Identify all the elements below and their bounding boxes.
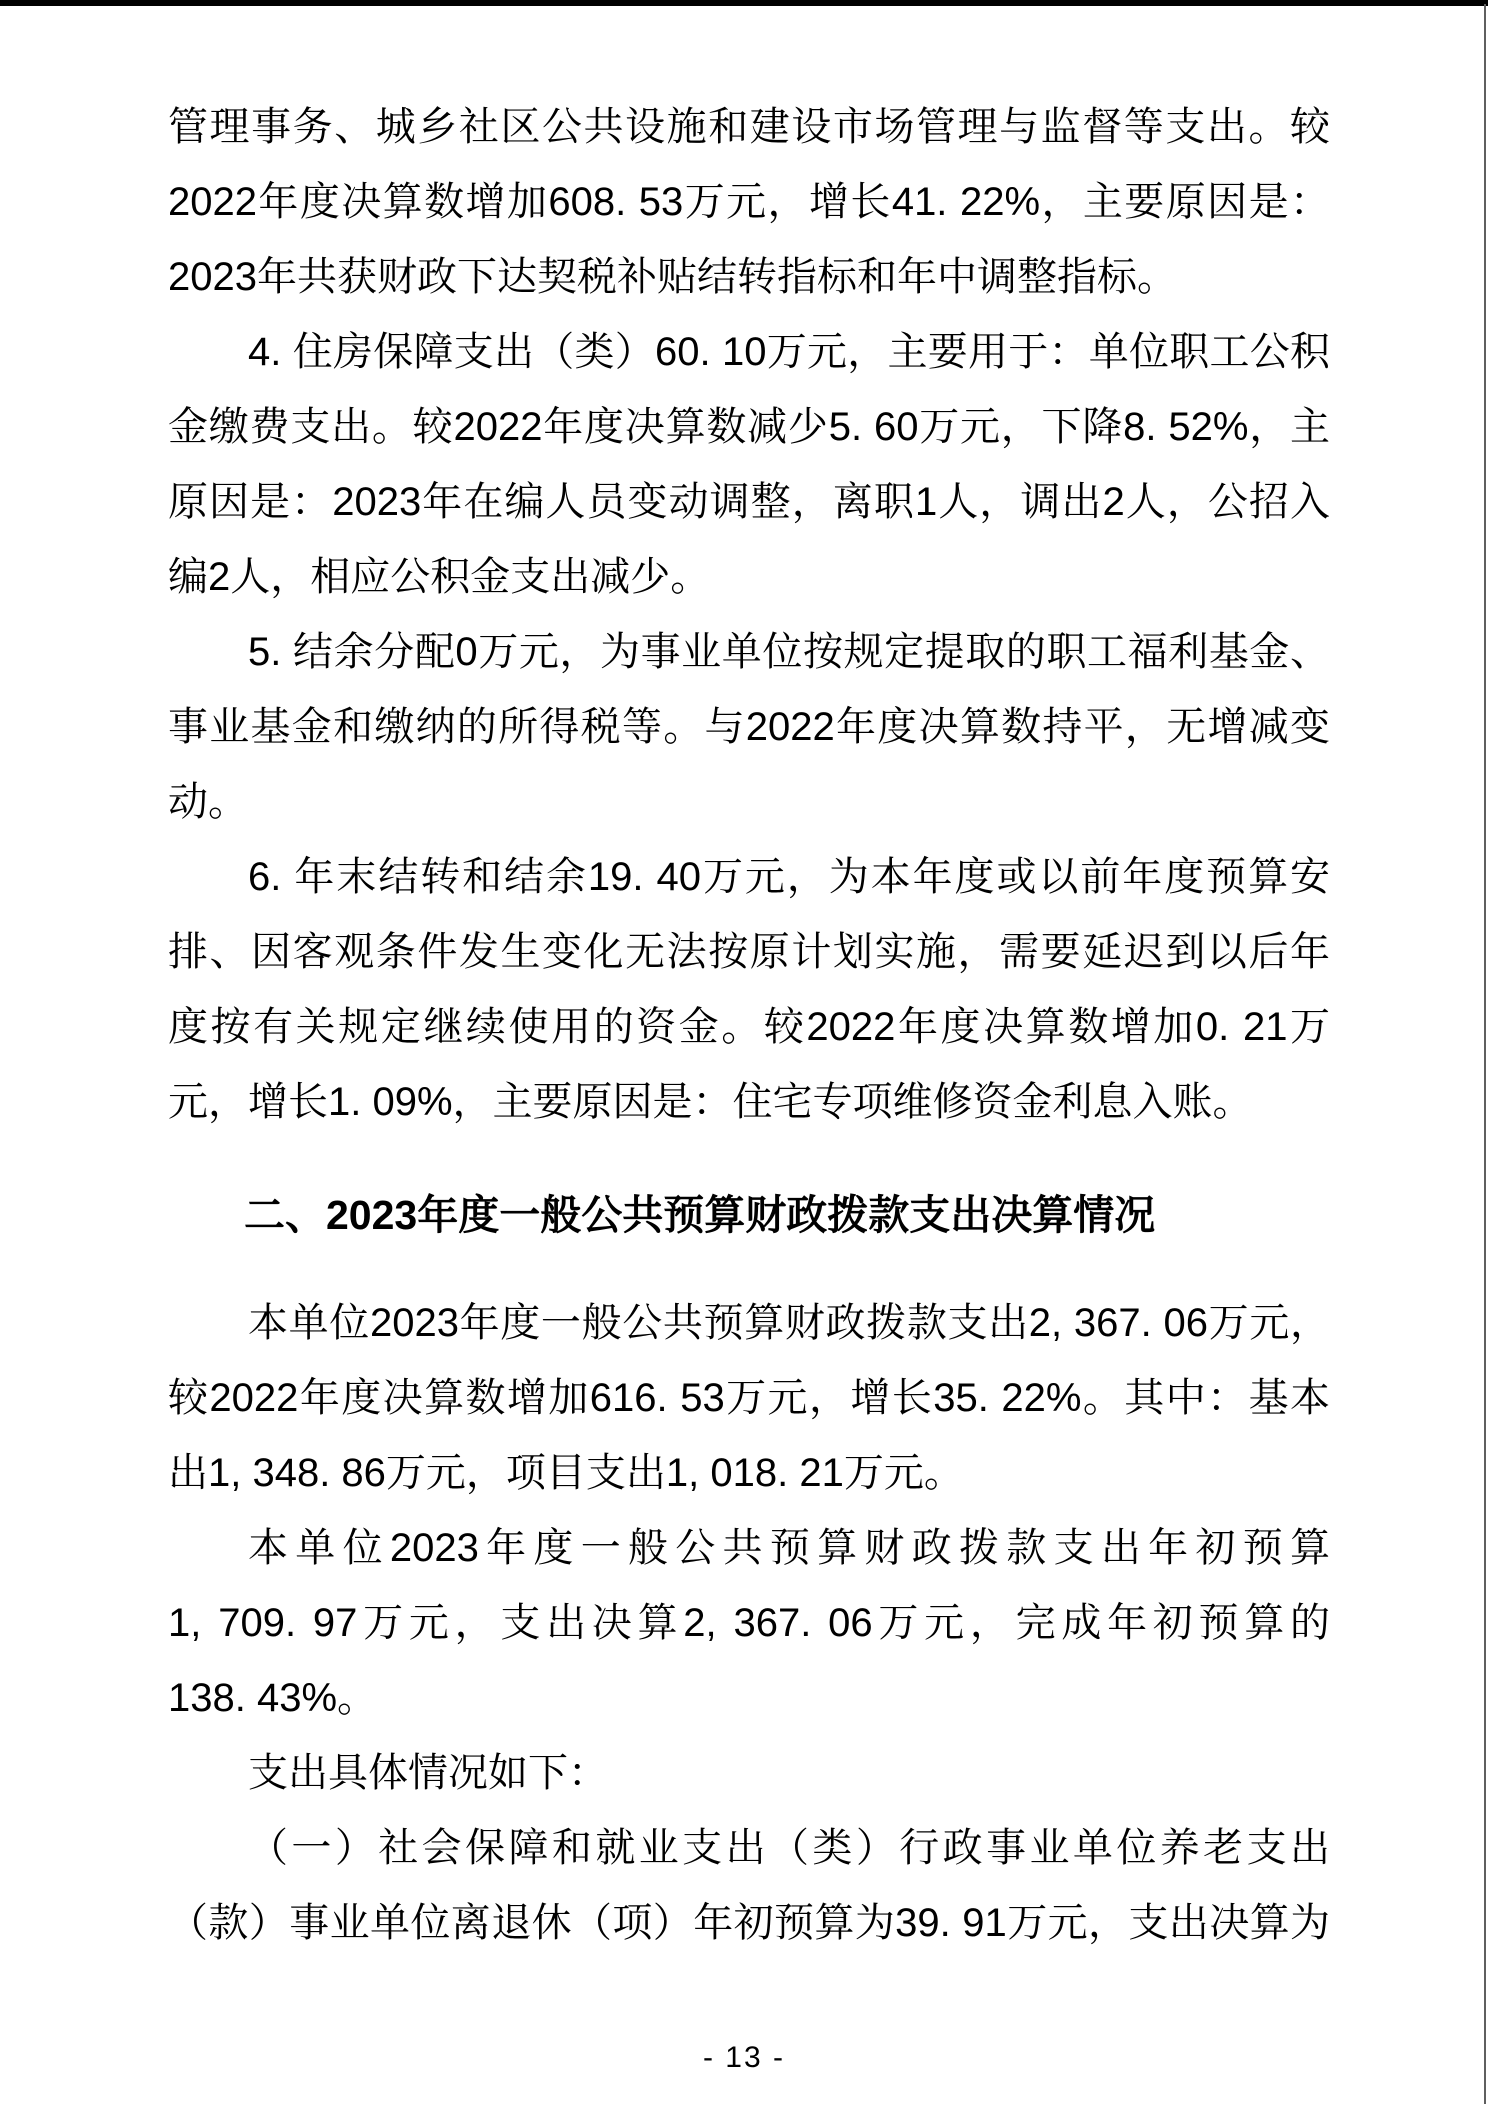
document-line: 金缴费支出。较2022年度决算数减少5. 60万元，下降8. 52%，主要	[168, 390, 1330, 465]
document-line: 2022年度决算数增加608. 53万元，增长41. 22%，主要原因是：	[168, 165, 1330, 240]
document-line: 较2022年度决算数增加616. 53万元，增长35. 22%。其中：基本支	[168, 1361, 1330, 1436]
document-line: 管理事务、城乡社区公共设施和建设市场管理与监督等支出。较	[168, 90, 1330, 165]
document-line: 5. 结余分配0万元，为事业单位按规定提取的职工福利基金、	[168, 615, 1330, 690]
document-line: 原因是：2023年在编人员变动调整，离职1人，调出2人，公招入	[168, 465, 1330, 540]
document-line: 4. 住房保障支出（类）60. 10万元，主要用于：单位职工公积	[168, 315, 1330, 390]
document-line: 元，增长1. 09%，主要原因是：住宅专项维修资金利息入账。	[168, 1065, 1330, 1140]
document-line: 出1, 348. 86万元，项目支出1, 018. 21万元。	[168, 1436, 1330, 1511]
document-line: 排、因客观条件发生变化无法按原计划实施，需要延迟到以后年	[168, 915, 1330, 990]
document-line: 1, 709. 97万元，支出决算2, 367. 06万元，完成年初预算的	[168, 1586, 1330, 1661]
document-line: 编2人，相应公积金支出减少。	[168, 540, 1330, 615]
document-page: 管理事务、城乡社区公共设施和建设市场管理与监督等支出。较2022年度决算数增加6…	[0, 0, 1488, 2104]
document-line: （一）社会保障和就业支出（类）行政事业单位养老支出	[168, 1811, 1330, 1886]
document-line: 2023年共获财政下达契税补贴结转指标和年中调整指标。	[168, 240, 1330, 315]
document-line: 动。	[168, 765, 1330, 840]
document-line: （款）事业单位离退休（项）年初预算为39. 91万元，支出决算为	[168, 1886, 1330, 1961]
document-line: 138. 43%。	[168, 1661, 1330, 1736]
section-heading: 二、2023年度一般公共预算财政拨款支出决算情况	[168, 1178, 1330, 1253]
document-line: 本单位2023年度一般公共预算财政拨款支出年初预算	[168, 1511, 1330, 1586]
document-line: 6. 年末结转和结余19. 40万元，为本年度或以前年度预算安	[168, 840, 1330, 915]
document-line: 本单位2023年度一般公共预算财政拨款支出2, 367. 06万元，	[168, 1286, 1330, 1361]
document-line: 事业基金和缴纳的所得税等。与2022年度决算数持平，无增减变	[168, 690, 1330, 765]
document-line: 度按有关规定继续使用的资金。较2022年度决算数增加0. 21万	[168, 990, 1330, 1065]
page-number: - 13 -	[0, 2038, 1488, 2078]
document-text-block: 管理事务、城乡社区公共设施和建设市场管理与监督等支出。较2022年度决算数增加6…	[168, 90, 1330, 1961]
document-line: 支出具体情况如下：	[168, 1736, 1330, 1811]
scan-artifact-right-line	[1484, 4, 1486, 2104]
scan-artifact-top-bar	[0, 0, 1488, 6]
